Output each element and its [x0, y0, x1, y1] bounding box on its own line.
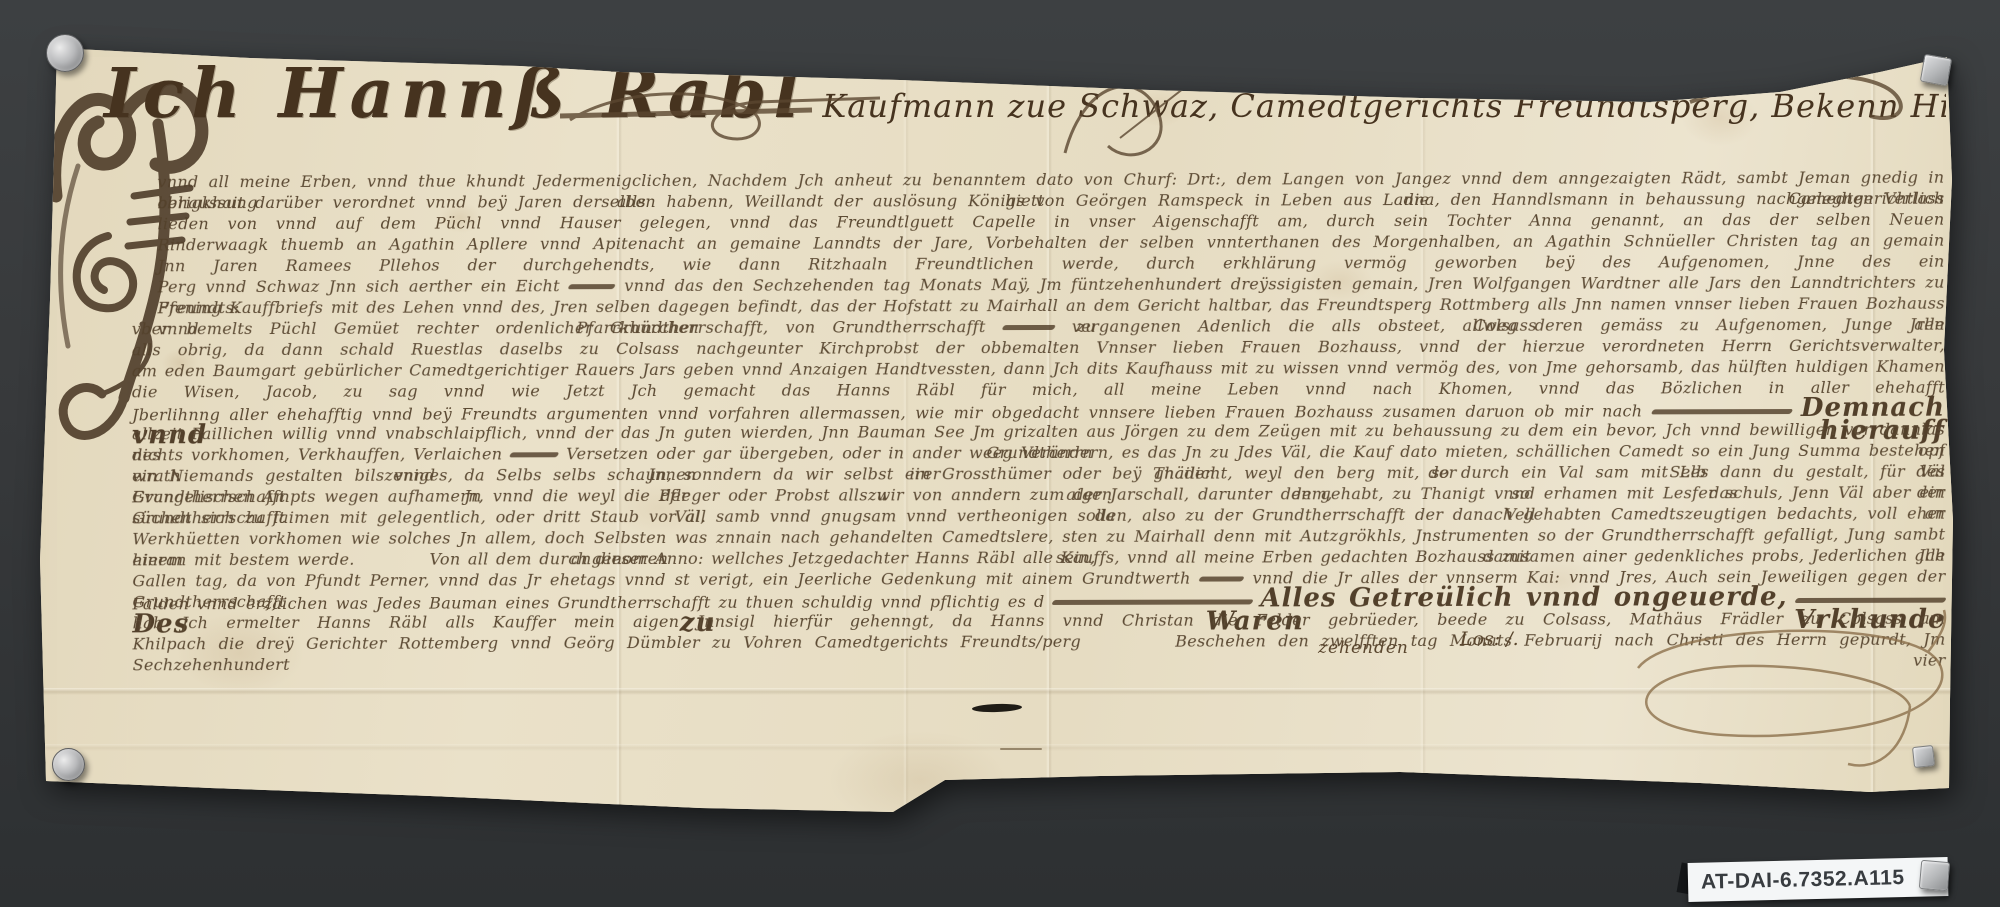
ink-filler-dash	[1198, 576, 1245, 581]
manuscript-heading: Ich Hannß Räbl Kaufmann zue Schwaz, Came…	[104, 54, 1946, 134]
push-pin-round-icon	[46, 34, 84, 72]
push-pin-round-icon	[52, 748, 85, 781]
script-text: Perg vnnd Schwaz Jnn sich aerther ein Ei…	[158, 276, 560, 296]
manuscript-line: Khilpach die dreÿ Gerichter Rottemberg v…	[133, 629, 1946, 655]
line-gap	[1093, 646, 1163, 647]
parchment-shadow-wrap: Ich Hannß Räbl Kaufmann zue Schwaz, Came…	[0, 0, 2000, 907]
script-text: Von all dem durch dieser Anno: wellches …	[430, 546, 1946, 569]
ink-filler-dash	[568, 284, 617, 289]
manuscript-body: vnnd all meine Erben, vnnd thue khundt J…	[131, 167, 1945, 655]
heading-initial-words: Ich Hannß Räbl	[104, 54, 806, 134]
ink-filler-dash	[1794, 598, 1947, 603]
script-text: vergangenen Adenlich die alls obsteet, a…	[1072, 315, 1945, 336]
script-text: Gallen tag, da von Pfundt Perner, vnnd d…	[132, 569, 1190, 591]
push-pin-cube-icon	[1912, 745, 1935, 768]
script-text: Khilpach die dreÿ Gerichter Rottemberg v…	[133, 632, 1081, 653]
closing-word-los: Los: /.	[1460, 628, 1519, 650]
heading-continuation: Kaufmann zue Schwaz, Camedtgerichts Freu…	[822, 87, 1946, 125]
parchment-document: Ich Hannß Räbl Kaufmann zue Schwaz, Came…	[0, 0, 2000, 907]
ink-filler-dash	[1001, 325, 1056, 330]
line-gap	[362, 564, 422, 565]
parchment-tear-line	[1000, 748, 1042, 750]
script-text: vber bemelts Püchl Gemüet rechter ordenl…	[132, 317, 986, 338]
script-text: hieran mit bestem werde.	[132, 550, 354, 570]
push-pin-cube-icon	[1919, 860, 1950, 891]
ink-filler-dash	[1650, 409, 1793, 414]
ink-filler-dash	[1051, 599, 1254, 605]
archival-reference-text: AT-DAI-6.7352.A115	[1701, 866, 1905, 894]
script-text: nichts vorkhomen, Verkhauffen, Verlaiche…	[132, 444, 502, 464]
archival-photo-stage: Ich Hannß Räbl Kaufmann zue Schwaz, Came…	[0, 0, 2000, 907]
push-pin-cube-icon	[1920, 54, 1952, 86]
ink-filler-dash	[509, 452, 560, 457]
archival-reference-label: AT-DAI-6.7352.A115	[1688, 857, 1949, 902]
fold-crease-horizontal	[0, 688, 2000, 695]
parchment-tear	[972, 703, 1022, 713]
closing-word-zehenden: zehenden	[1318, 638, 1409, 658]
